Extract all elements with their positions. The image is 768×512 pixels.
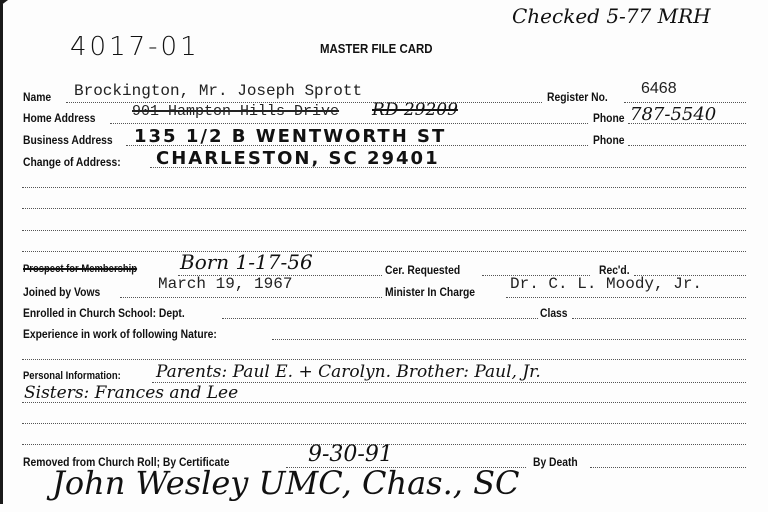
class-label: Class <box>540 306 568 320</box>
home-phone-label: Phone <box>593 111 625 125</box>
master-file-card: Checked 5-77 MRH 4017-01 MASTER FILE CAR… <box>0 0 768 512</box>
name-label: Name <box>23 90 51 104</box>
personal-info-rule <box>152 382 746 383</box>
minister-rule <box>506 297 746 298</box>
church-school-label: Enrolled in Church School: Dept. <box>23 306 185 320</box>
minister-value: Dr. C. L. Moody, Jr. <box>510 275 702 293</box>
personal-info-line1: Parents: Paul E. + Carolyn. Brother: Pau… <box>156 362 541 382</box>
prospect-label: Prospect for Membership <box>23 263 137 275</box>
business-phone-rule <box>628 145 746 146</box>
business-address-value: 135 1/2 B WENTWORTH ST <box>134 126 446 147</box>
class-rule <box>572 318 746 319</box>
experience-rule <box>272 339 746 340</box>
home-phone-value: 787-5540 <box>630 104 716 125</box>
home-address-struck-value: 901 Hampton Hills Drive <box>132 103 339 120</box>
file-number: 4017-01 <box>70 32 200 62</box>
home-address-label: Home Address <box>23 111 95 125</box>
register-no-value: 6468 <box>641 80 677 98</box>
name-value: Brockington, Mr. Joseph Sprott <box>74 82 362 100</box>
card-corner-mark <box>0 0 8 6</box>
business-phone-label: Phone <box>593 133 625 147</box>
blank-rule-6 <box>22 423 746 424</box>
register-no-label: Register No. <box>547 90 608 104</box>
checked-note: Checked 5-77 MRH <box>512 4 711 28</box>
personal-info-line2: Sisters: Frances and Lee <box>24 383 238 403</box>
prospect-note-value: Born 1-17-56 <box>180 250 313 274</box>
blank-rule-3 <box>22 230 746 231</box>
change-of-address-value: CHARLESTON, SC 29401 <box>156 148 440 169</box>
register-no-rule <box>624 102 746 103</box>
blank-rule-5 <box>22 359 746 360</box>
blank-rule-2 <box>22 208 746 209</box>
business-address-label: Business Address <box>23 133 113 147</box>
joined-by-vows-rule <box>120 297 382 298</box>
card-left-edge <box>0 4 3 504</box>
by-death-label: By Death <box>533 455 578 469</box>
blank-rule-4 <box>22 251 746 252</box>
blank-rule-1 <box>22 187 746 188</box>
joined-by-vows-label: Joined by Vows <box>23 285 100 299</box>
card-title: MASTER FILE CARD <box>320 41 433 56</box>
joined-by-vows-value: March 19, 1967 <box>158 275 292 293</box>
personal-info-label: Personal Information: <box>23 370 121 382</box>
removed-to-value: John Wesley UMC, Chas., SC <box>52 464 519 502</box>
change-of-address-label: Change of Address: <box>23 155 121 169</box>
experience-label: Experience in work of following Nature: <box>23 327 217 341</box>
by-death-rule <box>590 467 746 468</box>
home-address-overwrite-value: RD 29209 <box>372 100 458 120</box>
church-school-rule <box>222 318 538 319</box>
home-address-rule <box>110 123 588 124</box>
minister-label: Minister In Charge <box>385 285 475 299</box>
cer-requested-label: Cer. Requested <box>385 263 460 277</box>
